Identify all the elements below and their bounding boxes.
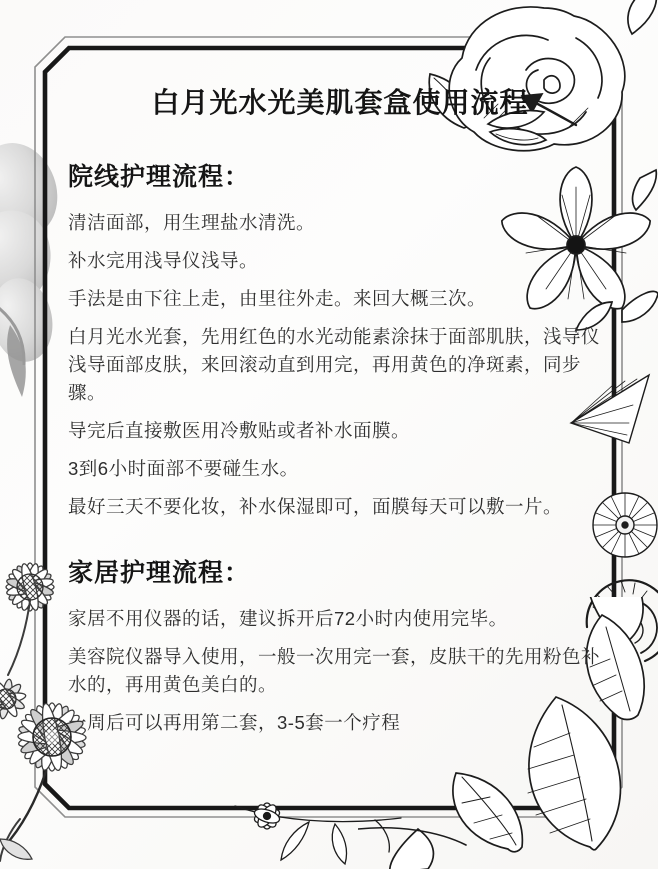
body-line: 美容院仪器导入使用，一般一次用完一套，皮肤干的先用粉色补水的，再用黄色美白的。 [68, 643, 612, 699]
poster-page: 白月光水光美肌套盒使用流程 院线护理流程： 清洁面部，用生理盐水清洗。 补水完用… [0, 0, 658, 869]
page-title: 白月光水光美肌套盒使用流程 [68, 86, 612, 119]
document-content: 白月光水光美肌套盒使用流程 院线护理流程： 清洁面部，用生理盐水清洗。 补水完用… [68, 86, 612, 747]
body-line: 一周后可以再用第二套，3-5套一个疗程 [68, 709, 612, 737]
body-line: 补水完用浅导仪浅导。 [68, 247, 612, 275]
body-line: 白月光水光套，先用红色的水光动能素涂抹于面部肌肤，浅导仪浅导面部皮肤，来回滚动直… [68, 323, 612, 407]
body-line: 清洁面部，用生理盐水清洗。 [68, 209, 612, 237]
body-line: 导完后直接敷医用冷敷贴或者补水面膜。 [68, 417, 612, 445]
section-salon-care: 院线护理流程： 清洁面部，用生理盐水清洗。 补水完用浅导仪浅导。 手法是由下往上… [68, 161, 612, 521]
body-line: 手法是由下往上走，由里往外走。来回大概三次。 [68, 285, 612, 313]
body-line: 3到6小时面部不要碰生水。 [68, 455, 612, 483]
section-heading: 院线护理流程： [68, 161, 612, 193]
body-line: 最好三天不要化妆，补水保湿即可，面膜每天可以敷一片。 [68, 493, 612, 521]
section-heading: 家居护理流程： [68, 557, 612, 589]
section-home-care: 家居护理流程： 家居不用仪器的话，建议拆开后72小时内使用完毕。 美容院仪器导入… [68, 557, 612, 737]
body-line: 家居不用仪器的话，建议拆开后72小时内使用完毕。 [68, 605, 612, 633]
